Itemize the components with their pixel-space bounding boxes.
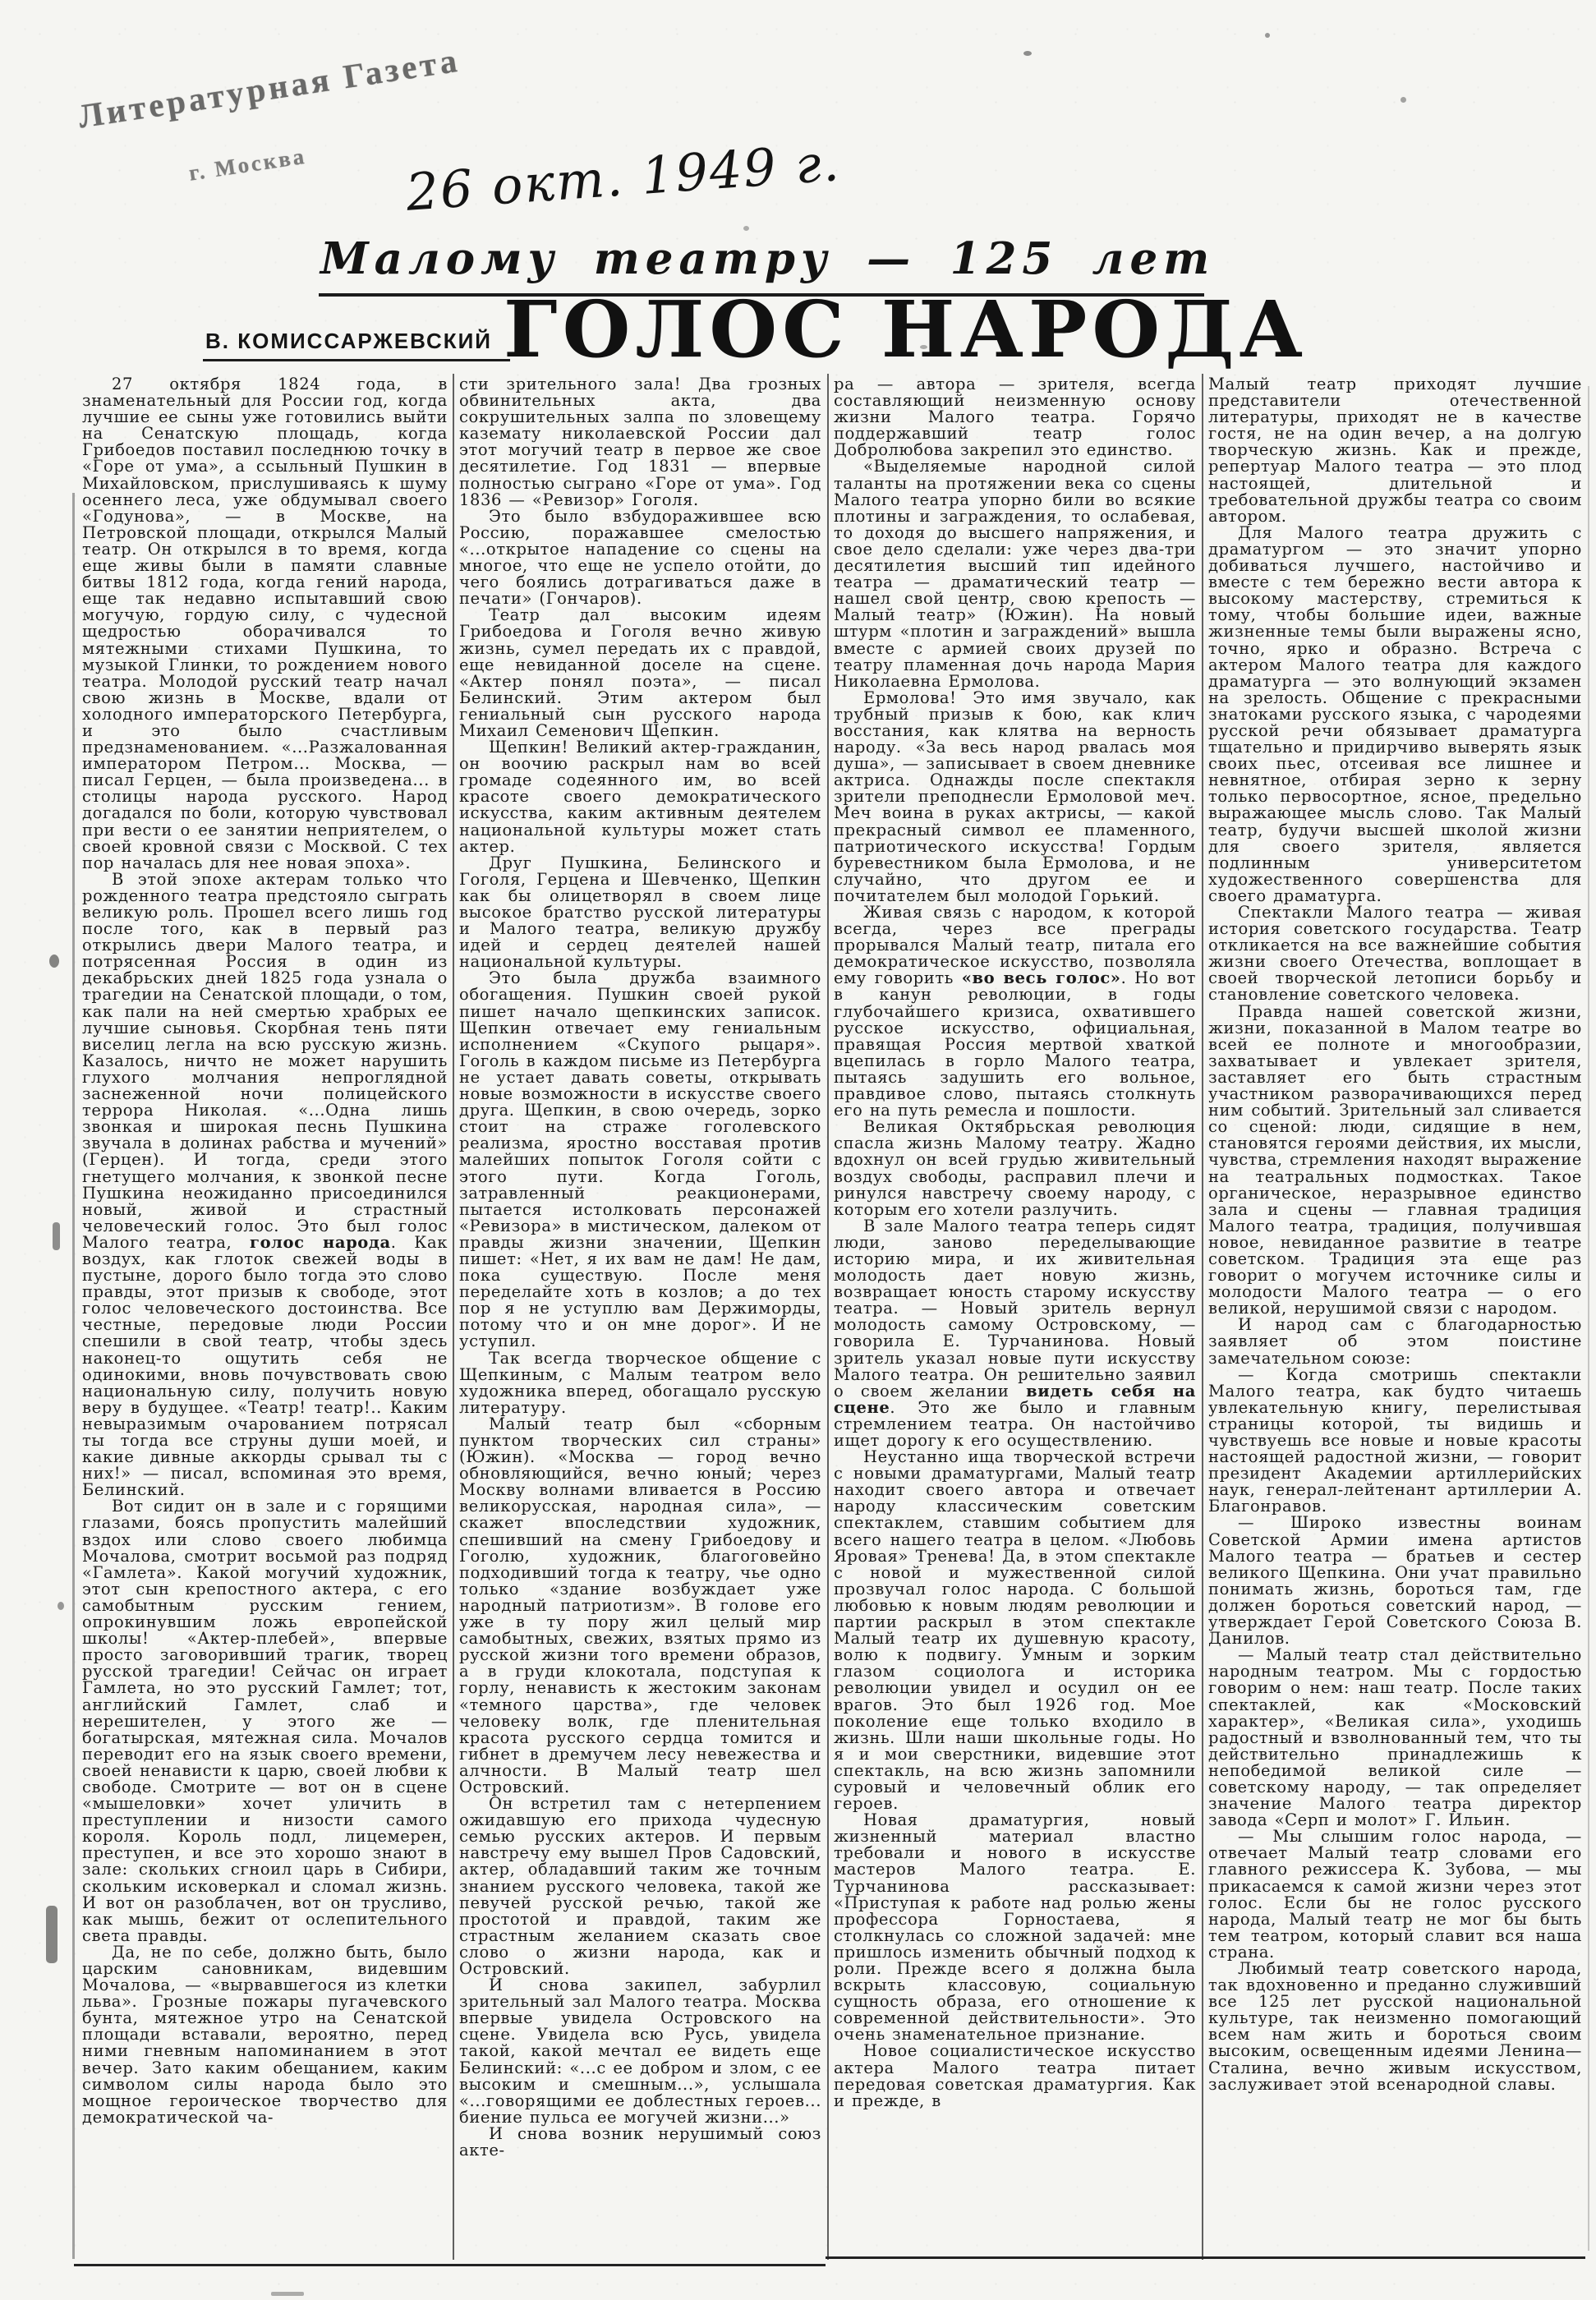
article-paragraph: Театр дал высоким идеям Грибоедова и Гог… [459,607,821,739]
article-paragraph: Малый театр был «сборным пунктом творчес… [459,1416,821,1796]
author-byline: В. КОМИССАРЖЕВСКИЙ [205,329,492,354]
scan-speck [743,226,749,231]
article-paragraph: Спектакли Малого театра — живая история … [1208,904,1582,1004]
article-paragraph: Так всегда творческое общение с Щепкиным… [459,1350,821,1416]
column-rule-3 [1202,374,1203,2260]
article-paragraph: Это была дружба взаимного обогащения. Пу… [459,970,821,1350]
article-paragraph: — Когда смотришь спектакли Малого театра… [1208,1367,1582,1516]
article-paragraph: Он встретил там с нетерпением ожидавшую … [459,1796,821,1977]
article-paragraph: И народ сам с благодарностью заявляет об… [1208,1317,1582,1366]
handwritten-date: 26 окт. 1949 г. [404,132,843,223]
article-paragraph: Ермолова! Это имя звучало, как трубный п… [834,690,1196,904]
scan-speck [49,954,59,968]
article-paragraph: Да, не по себе, должно быть, было царски… [82,1944,448,2126]
newspaper-page: Литературная Газета г. Москва 26 окт. 19… [0,0,1596,2300]
article-paragraph: Вот сидит он в зале и с горящими глазами… [82,1498,448,1944]
article-paragraph: Друг Пушкина, Белинского и Гоголя, Герце… [459,855,821,971]
column-rule-2 [827,374,829,2260]
scan-speck [271,2292,304,2296]
article-paragraph: 27 октября 1824 года, в знаменательный д… [82,376,448,872]
article-paragraph: «Выделяемые народной силой таланты на пр… [834,458,1196,689]
article-paragraph: В этой эпохе актерам только что рожденно… [82,872,448,1499]
article-paragraph: — Мы слышим голос народа, — отвечает Мал… [1208,1828,1582,1961]
column-rule-1 [453,374,454,2260]
article-paragraph: Правда нашей советской жизни, жизни, пок… [1208,1004,1582,1318]
bottom-rule-left [74,2264,826,2266]
scan-speck [920,345,927,349]
article-column-3: ра — автора — зрителя, всегда составляющ… [834,376,1196,2259]
article-paragraph: ра — автора — зрителя, всегда составляющ… [834,376,1196,458]
scan-speck [1401,97,1406,103]
article-paragraph: В зале Малого театра теперь сидят люди, … [834,1218,1196,1449]
article-column-4: Малый театр приходят лучшие представител… [1208,376,1582,2259]
article-paragraph: Малый театр приходят лучшие представител… [1208,376,1582,525]
article-paragraph: Новое социалистическое искусство актера … [834,2043,1196,2109]
article-paragraph: И снова возник нерушимый союз акте- [459,2126,821,2159]
byline-rule [203,359,510,361]
article-column-2: сти зрительного зала! Два грозных обвини… [459,376,821,2259]
library-stamp-city: г. Москва [187,144,308,186]
article-paragraph: Любимый театр советского народа, так вдо… [1208,1961,1582,2093]
article-paragraph: Щепкин! Великий актер-гражданин, он вооч… [459,739,821,855]
article-column-1: 27 октября 1824 года, в знаменательный д… [82,376,448,2259]
article-paragraph: сти зрительного зала! Два грозных обвини… [459,376,821,508]
article-paragraph: Живая связь с народом, к которой всегда,… [834,904,1196,1119]
article-paragraph: Это было взбудоражившее всю Россию, пора… [459,508,821,608]
page-edge-line [72,493,75,2259]
article-paragraph: И снова закипел, забурлил зрительный зал… [459,1977,821,2126]
article-paragraph: Неустанно ища творческой встречи с новым… [834,1449,1196,1812]
scan-speck [46,1906,57,1963]
scan-speck [1023,51,1032,56]
scan-speck [53,1222,60,1250]
article-paragraph: Великая Октябрьская революция спасла жиз… [834,1119,1196,1218]
article-paragraph: Новая драматургия, новый жизненный матер… [834,1812,1196,2043]
page-edge-line-right [1588,386,1589,2251]
article-title: ГОЛОС НАРОДА [501,291,1310,369]
scan-speck [1265,33,1270,38]
scan-speck [57,1602,64,1610]
library-stamp: Литературная Газета [76,40,462,136]
article-paragraph: — Широко известны воинам Советской Армии… [1208,1515,1582,1647]
article-paragraph: Для Малого театра дружить с драматургом … [1208,525,1582,904]
series-headline: Малому театру — 125 лет [320,233,1203,284]
article-paragraph: — Малый театр стал действительно народны… [1208,1647,1582,1828]
bottom-rule-right [826,2256,1585,2259]
